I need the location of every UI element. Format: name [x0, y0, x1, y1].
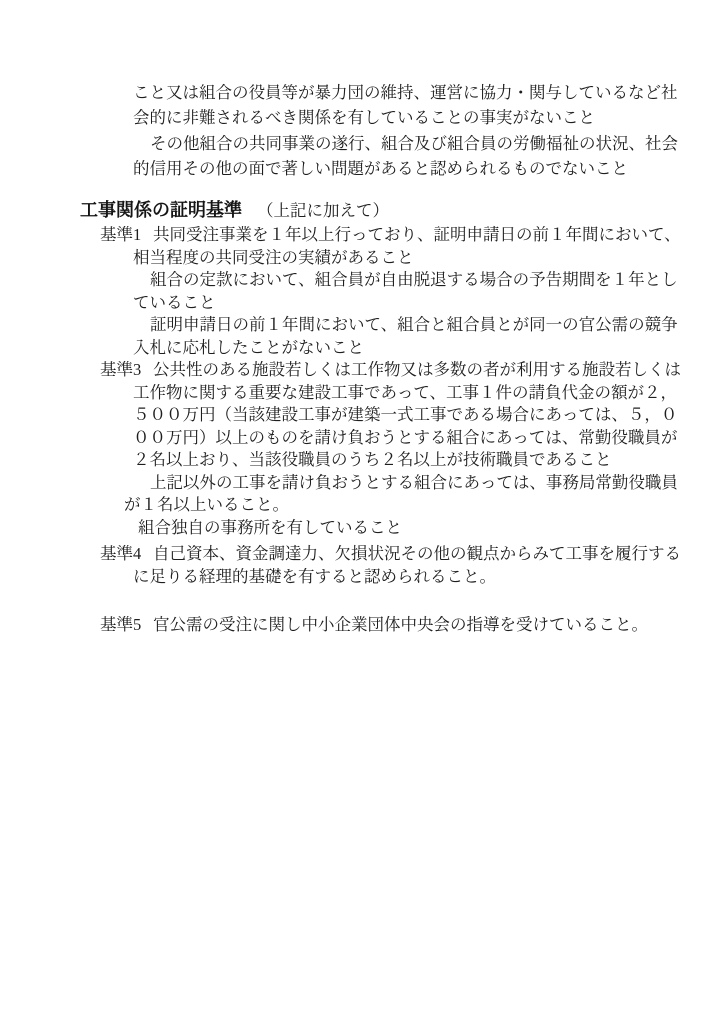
standard-block-5: 基準5 官公需の受注に関し中小企業団体中央会の指導を受けていること。 — [80, 614, 704, 637]
standard-line: 組合独自の事務所を有していること — [138, 517, 704, 540]
standard-row: 基準5 官公需の受注に関し中小企業団体中央会の指導を受けていること。 — [100, 614, 704, 637]
intro-line: 会的に非難されるべき関係を有していることの事実がないこと — [133, 105, 704, 130]
standard-line: が１名以上いること。 — [124, 494, 704, 517]
standard-row: 基準1 共同受注事業を１年以上行っており、証明申請日の前１年間において、 — [100, 224, 704, 247]
intro-line: その他組合の共同事業の遂行、組合及び組合員の労働福祉の状況、社会 — [150, 131, 704, 156]
standard-line: に足りる経理的基礎を有すると認められること。 — [133, 566, 704, 589]
document-page: こと又は組合の役員等が暴力団の維持、運営に協力・関与しているなど社 会的に非難さ… — [0, 0, 724, 1024]
standard-row: 基準4 自己資本、資金調達力、欠損状況その他の観点からみて工事を履行する — [100, 543, 704, 566]
standard-row: 基準3 公共性のある施設若しくは工作物又は多数の者が利用する施設若しくは — [100, 359, 704, 382]
standard-text: 共同受注事業を１年以上行っており、証明申請日の前１年間において、 — [153, 224, 681, 247]
standard-block-4: 基準4 自己資本、資金調達力、欠損状況その他の観点からみて工事を履行する に足り… — [80, 543, 704, 588]
standard-line: ５００万円（当該建設工事が建築一式工事である場合にあっては、５，０ — [133, 404, 704, 427]
standard-line: ００万円）以上のものを請け負おうとする組合にあっては、常勤役職員が — [133, 427, 704, 450]
standard-text: 官公需の受注に関し中小企業団体中央会の指導を受けていること。 — [153, 614, 648, 637]
section-heading-row: 工事関係の証明基準（上記に加えて） — [80, 197, 704, 224]
standard-line: ２名以上おり、当該役職員のうち２名以上が技術職員であること — [133, 449, 704, 472]
section-heading: 工事関係の証明基準 — [80, 200, 242, 220]
standard-text: 公共性のある施設若しくは工作物又は多数の者が利用する施設若しくは — [153, 359, 681, 382]
standard-line: 組合の定款において、組合員が自由脱退する場合の予告期間を１年とし — [150, 269, 704, 292]
standard-text: 自己資本、資金調達力、欠損状況その他の観点からみて工事を履行する — [153, 543, 681, 566]
standard-line: 相当程度の共同受注の実績があること — [133, 247, 704, 270]
standard-line: 入札に応札したことがないこと — [133, 337, 704, 360]
standard-line: ていること — [133, 292, 704, 315]
standard-block-3: 基準3 公共性のある施設若しくは工作物又は多数の者が利用する施設若しくは 工作物… — [80, 359, 704, 539]
standard-line: 工作物に関する重要な建設工事であって、工事１件の請負代金の額が２， — [133, 382, 704, 405]
intro-line: こと又は組合の役員等が暴力団の維持、運営に協力・関与しているなど社 — [133, 80, 704, 105]
standard-label: 基準4 — [100, 543, 153, 566]
standard-line: 証明申請日の前１年間において、組合と組合員とが同一の官公需の競争 — [150, 314, 704, 337]
standard-label: 基準3 — [100, 359, 153, 382]
standard-block-1: 基準1 共同受注事業を１年以上行っており、証明申請日の前１年間において、 相当程… — [80, 224, 704, 359]
intro-line: 的信用その他の面で著しい問題があると認められるものでないこと — [133, 156, 704, 181]
intro-paragraph: こと又は組合の役員等が暴力団の維持、運営に協力・関与しているなど社 会的に非難さ… — [80, 80, 704, 181]
standard-label: 基準1 — [100, 224, 153, 247]
standard-label: 基準5 — [100, 614, 153, 637]
standard-line: 上記以外の工事を請け負おうとする組合にあっては、事務局常勤役職員 — [150, 472, 704, 495]
section-heading-note: （上記に加えて） — [257, 201, 389, 220]
